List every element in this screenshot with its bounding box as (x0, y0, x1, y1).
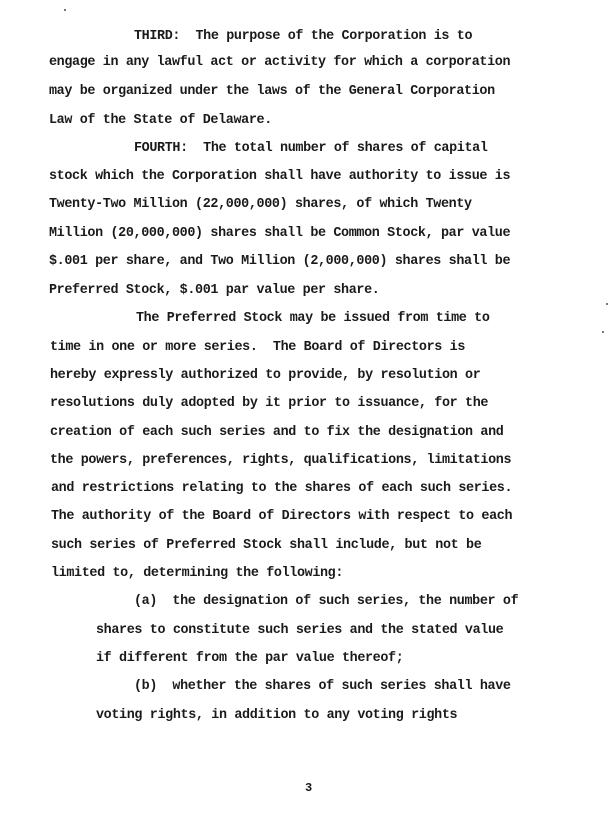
paragraph-preferred-line-10: limited to, determining the following: (51, 566, 343, 582)
paragraph-preferred-line-7: and restrictions relating to the shares … (51, 481, 512, 497)
paragraph-third-line-4: Law of the State of Delaware. (49, 113, 272, 129)
document-page: THIRD: The purpose of the Corporation is… (0, 0, 614, 828)
paragraph-preferred-line-3: hereby expressly authorized to provide, … (50, 368, 480, 384)
paragraph-fourth-line-3: Twenty-Two Million (22,000,000) shares, … (49, 197, 472, 213)
paragraph-fourth-line-2: stock which the Corporation shall have a… (49, 169, 510, 185)
paragraph-preferred-line-2: time in one or more series. The Board of… (50, 340, 465, 356)
item-a-line-2: shares to constitute such series and the… (96, 623, 503, 639)
paragraph-third-line-1: THIRD: The purpose of the Corporation is… (134, 29, 472, 45)
item-a-line-1: (a) the designation of such series, the … (134, 594, 518, 610)
paragraph-preferred-line-5: creation of each such series and to fix … (50, 425, 503, 441)
paragraph-fourth-line-4: Million (20,000,000) shares shall be Com… (49, 226, 510, 242)
page-number: 3 (305, 781, 312, 795)
paragraph-third-line-3: may be organized under the laws of the G… (49, 84, 495, 100)
scan-speck (64, 9, 66, 11)
paragraph-fourth-line-5: $.001 per share, and Two Million (2,000,… (49, 254, 510, 270)
item-b-line-1: (b) whether the shares of such series sh… (134, 679, 511, 695)
paragraph-third-line-2: engage in any lawful act or activity for… (49, 55, 510, 71)
scan-speck (606, 303, 608, 305)
paragraph-fourth-line-1: FOURTH: The total number of shares of ca… (134, 141, 488, 157)
paragraph-preferred-line-4: resolutions duly adopted by it prior to … (50, 396, 488, 412)
paragraph-preferred-line-8: The authority of the Board of Directors … (51, 509, 512, 525)
paragraph-preferred-line-6: the powers, preferences, rights, qualifi… (50, 453, 511, 469)
item-a-line-3: if different from the par value thereof; (96, 651, 403, 667)
paragraph-preferred-line-9: such series of Preferred Stock shall inc… (51, 538, 481, 554)
paragraph-fourth-line-6: Preferred Stock, $.001 par value per sha… (49, 283, 380, 299)
item-b-line-2: voting rights, in addition to any voting… (96, 708, 457, 724)
scan-speck (602, 331, 604, 333)
paragraph-preferred-line-1: The Preferred Stock may be issued from t… (136, 311, 490, 327)
